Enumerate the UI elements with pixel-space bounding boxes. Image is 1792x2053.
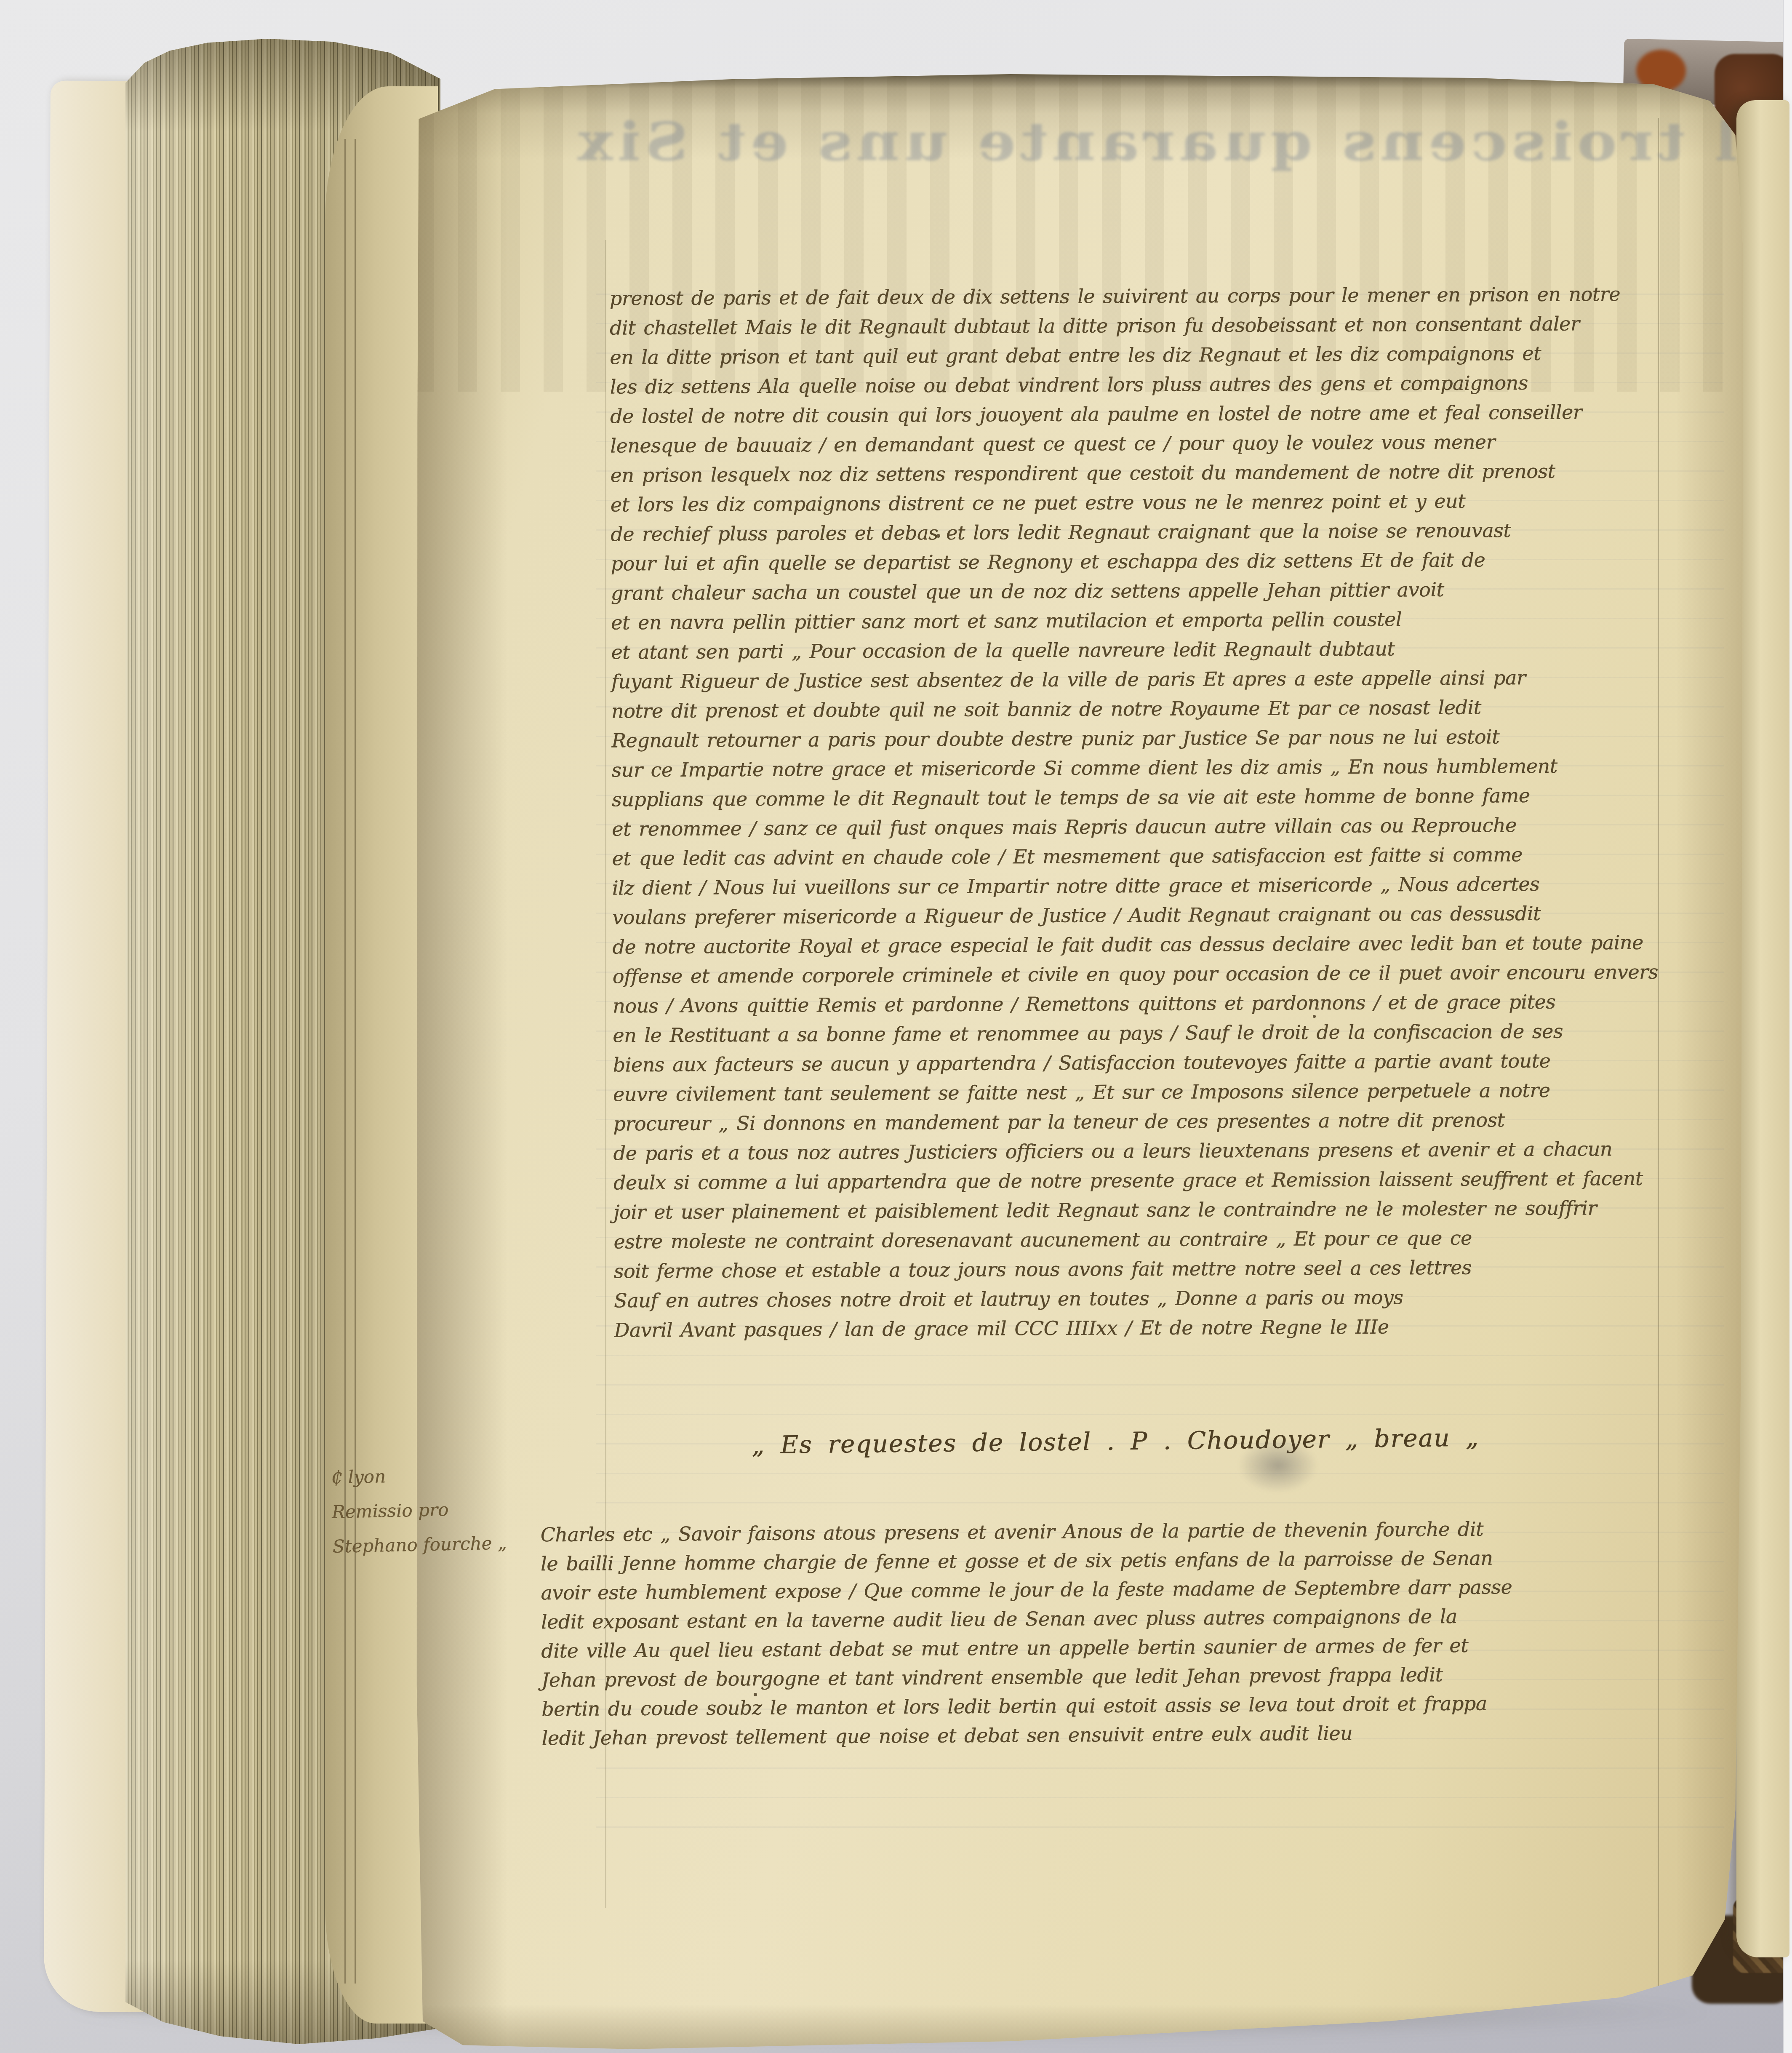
margin-note-line: ₵ lyon <box>331 1455 567 1495</box>
manuscript-line: voulans preferer misericorde a Rigueur d… <box>612 898 1677 932</box>
manuscript-line: soit ferme chose et estable a touz jours… <box>614 1252 1679 1286</box>
manuscript-line: lenesque de bauuaiz / en demandant quest… <box>610 426 1675 460</box>
next-leaf-edge <box>1736 100 1789 1957</box>
paragraph-one: prenost de paris et de fait deux de dix … <box>610 279 1680 1345</box>
gutter-ruling-line <box>355 139 356 1984</box>
ink-spot <box>754 1693 757 1696</box>
manuscript-line: nous / Avons quittie Remis et pardonne /… <box>613 986 1678 1020</box>
manuscript-line: fuyant Rigueur de Justice sest absentez … <box>611 662 1676 696</box>
paragraph-two: Charles etc „ Savoir faisons atous prese… <box>540 1514 1695 1753</box>
offset-ink-ghost-text: Auril mil troiscens quarante uns et Six <box>651 110 1792 199</box>
manuscript-line: deulx si comme a lui appartendra que de … <box>613 1163 1679 1197</box>
manuscript-line: et atant sen parti „ Pour occasion de la… <box>611 633 1676 667</box>
manuscript-line: de notre auctorite Royal et grace especi… <box>612 927 1677 961</box>
manuscript-line: notre dit prenost et doubte quil ne soit… <box>611 691 1677 726</box>
manuscript-line: joir et user plainement et paisiblement … <box>613 1193 1679 1227</box>
margin-note-line: Stephano fourche „ <box>332 1524 569 1564</box>
manuscript-line: et en navra pellin pittier sanz mort et … <box>611 603 1676 637</box>
manuscript-line: en le Restituant a sa bonne fame et reno… <box>613 1016 1678 1050</box>
manuscript-line: de paris et a tous noz autres Justiciers… <box>613 1134 1678 1168</box>
manuscript-line: supplians que comme le dit Regnault tout… <box>612 780 1677 814</box>
manuscript-line: pour lui et afin quelle se departist se … <box>611 544 1676 578</box>
manuscript-line: offense et amende corporele criminele et… <box>613 957 1678 991</box>
manuscript-line: Sauf en autres choses notre droit et lau… <box>614 1281 1679 1315</box>
manuscript-line: biens aux facteurs se aucun y appartendr… <box>613 1045 1678 1079</box>
manuscript-line: les diz settens Ala quelle noise ou deba… <box>610 367 1675 401</box>
manuscript-line: et lors les diz compaignons distrent ce … <box>611 485 1676 519</box>
manuscript-line: Davril Avant pasques / lan de grace mil … <box>614 1311 1679 1345</box>
manuscript-line: grant chaleur sacha un coustel que un de… <box>611 574 1676 608</box>
manuscript-line: euvre civilement tant seulement se faitt… <box>613 1075 1678 1109</box>
manuscript-line: prenost de paris et de fait deux de dix … <box>610 279 1675 313</box>
manuscript-line: dit chastellet Mais le dit Regnault dubt… <box>610 308 1675 342</box>
gutter-shadow <box>415 63 507 2053</box>
ink-spot <box>1313 1015 1316 1018</box>
gutter-ruling-line <box>344 139 346 1984</box>
ink-spot <box>936 534 940 538</box>
manuscript-line: sur ce Impartie notre grace et misericor… <box>611 750 1677 785</box>
manuscript-line: ilz dient / Nous lui vueillons sur ce Im… <box>612 868 1677 902</box>
manuscript-photo: Auril mil troiscens quarante uns et Six … <box>0 0 1792 2053</box>
manuscript-line: de lostel de notre dit cousin qui lors j… <box>610 397 1675 431</box>
manuscript-line: de rechief pluss paroles et debas et lor… <box>611 515 1676 549</box>
manuscript-line: et que ledit cas advint en chaude cole /… <box>612 839 1677 873</box>
manuscript-line: et renommee / sanz ce quil fust onques m… <box>612 809 1677 844</box>
manuscript-line: en prison lesquelx noz diz settens respo… <box>610 456 1675 490</box>
manuscript-line: procureur „ Si donnons en mandement par … <box>613 1104 1678 1138</box>
manuscript-line: estre moleste ne contraint doresenavant … <box>613 1222 1679 1256</box>
manuscript-page: Auril mil troiscens quarante uns et Six … <box>415 63 1747 2053</box>
ink-smudge <box>1238 1438 1318 1493</box>
margin-note: ₵ lyonRemissio proStephano fourche „ <box>331 1455 568 1564</box>
manuscript-line: Regnault retourner a paris pour doubte d… <box>611 721 1677 755</box>
margin-note-line: Remissio pro <box>331 1490 568 1530</box>
manuscript-line: en la ditte prison et tant quil eut gran… <box>610 338 1675 372</box>
